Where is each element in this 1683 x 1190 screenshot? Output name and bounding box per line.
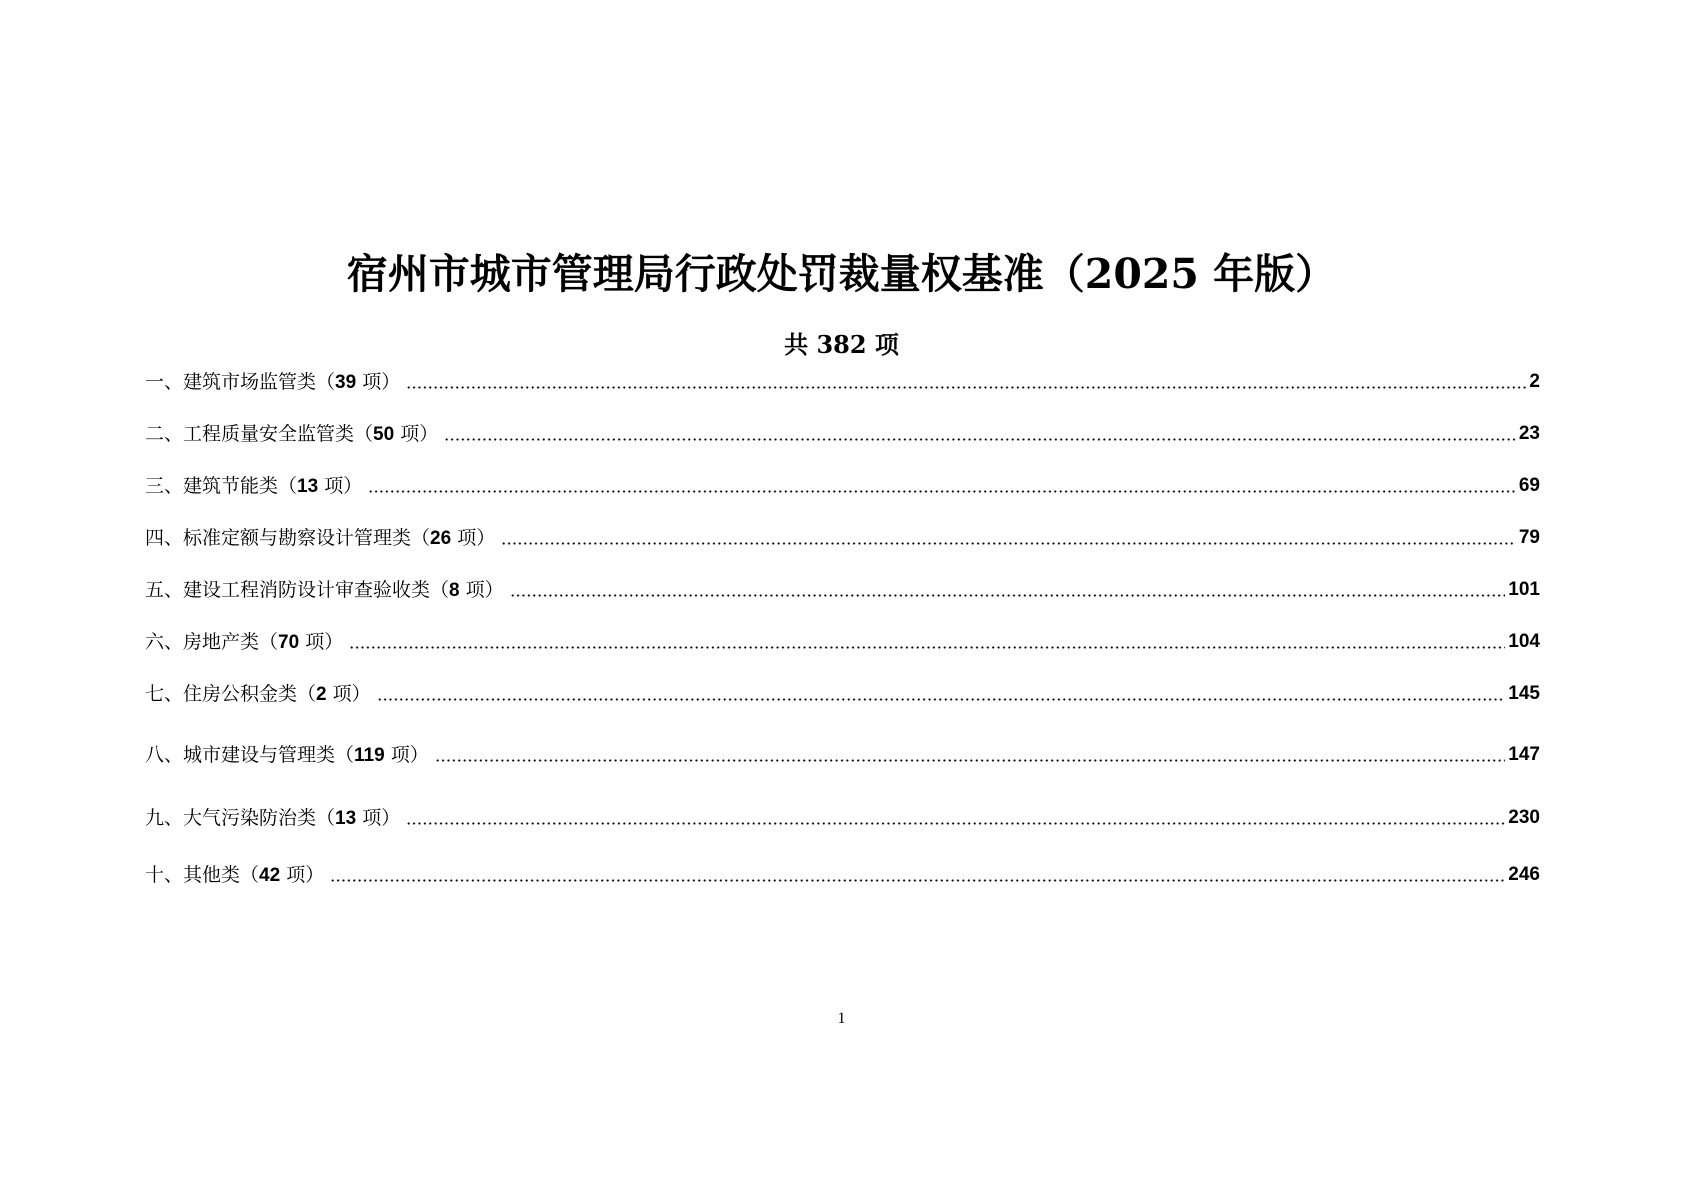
toc-entry[interactable]: 七、住房公积金类（2 项） 145 <box>145 679 1540 709</box>
toc-entry[interactable]: 二、工程质量安全监管类（50 项） 23 <box>145 419 1540 449</box>
toc-entry[interactable]: 六、房地产类（70 项） 104 <box>145 627 1540 657</box>
dot-leader <box>330 879 1505 882</box>
toc-entry-page: 79 <box>1519 523 1540 553</box>
document-title: 宿州市城市管理局行政处罚裁量权基准（2025 年版） <box>0 248 1683 300</box>
toc-entry-label: 八、城市建设与管理类（119 项） <box>145 740 429 771</box>
toc-entry[interactable]: 一、建筑市场监管类（39 项） 2 <box>145 367 1540 397</box>
toc-entry-label: 六、房地产类（70 项） <box>145 627 343 658</box>
toc-entry-label: 三、建筑节能类（13 项） <box>145 471 362 502</box>
dot-leader <box>501 542 1516 545</box>
toc-entry-label: 十、其他类（42 项） <box>145 860 324 891</box>
toc-entry-page: 2 <box>1529 367 1540 397</box>
dot-leader <box>510 594 1506 597</box>
toc-entry[interactable]: 五、建设工程消防设计审查验收类（8 项） 101 <box>145 575 1540 605</box>
document-subtitle-total-count: 共 382 项 <box>0 328 1683 362</box>
toc-entry-label: 一、建筑市场监管类（39 项） <box>145 367 400 398</box>
toc-entry-label: 五、建设工程消防设计审查验收类（8 项） <box>145 575 504 606</box>
dot-leader <box>435 759 1506 762</box>
toc-entry[interactable]: 十、其他类（42 项） 246 <box>145 860 1540 890</box>
toc-entry-label: 四、标准定额与勘察设计管理类（26 项） <box>145 523 495 554</box>
toc-entry-page: 147 <box>1508 740 1540 770</box>
page-number: 1 <box>0 1007 1683 1031</box>
dot-leader <box>377 698 1506 701</box>
toc-entry[interactable]: 八、城市建设与管理类（119 项） 147 <box>145 740 1540 770</box>
toc-entry-page: 145 <box>1508 679 1540 709</box>
toc-entry-page: 104 <box>1508 627 1540 657</box>
toc-entry-page: 230 <box>1508 803 1540 833</box>
dot-leader <box>444 438 1516 441</box>
toc-entry[interactable]: 三、建筑节能类（13 项） 69 <box>145 471 1540 501</box>
dot-leader <box>406 386 1526 389</box>
toc-entry-label: 二、工程质量安全监管类（50 项） <box>145 419 438 450</box>
toc-entry-label: 九、大气污染防治类（13 项） <box>145 803 400 834</box>
toc-entry[interactable]: 九、大气污染防治类（13 项） 230 <box>145 803 1540 833</box>
toc-entry-page: 23 <box>1519 419 1540 449</box>
toc-entry-page: 69 <box>1519 471 1540 501</box>
dot-leader <box>368 490 1516 493</box>
toc-entry[interactable]: 四、标准定额与勘察设计管理类（26 项） 79 <box>145 523 1540 553</box>
toc-entry-label: 七、住房公积金类（2 项） <box>145 679 371 710</box>
dot-leader <box>406 822 1505 825</box>
dot-leader <box>349 646 1505 649</box>
toc-entry-page: 246 <box>1508 860 1540 890</box>
toc-entry-page: 101 <box>1508 575 1540 605</box>
